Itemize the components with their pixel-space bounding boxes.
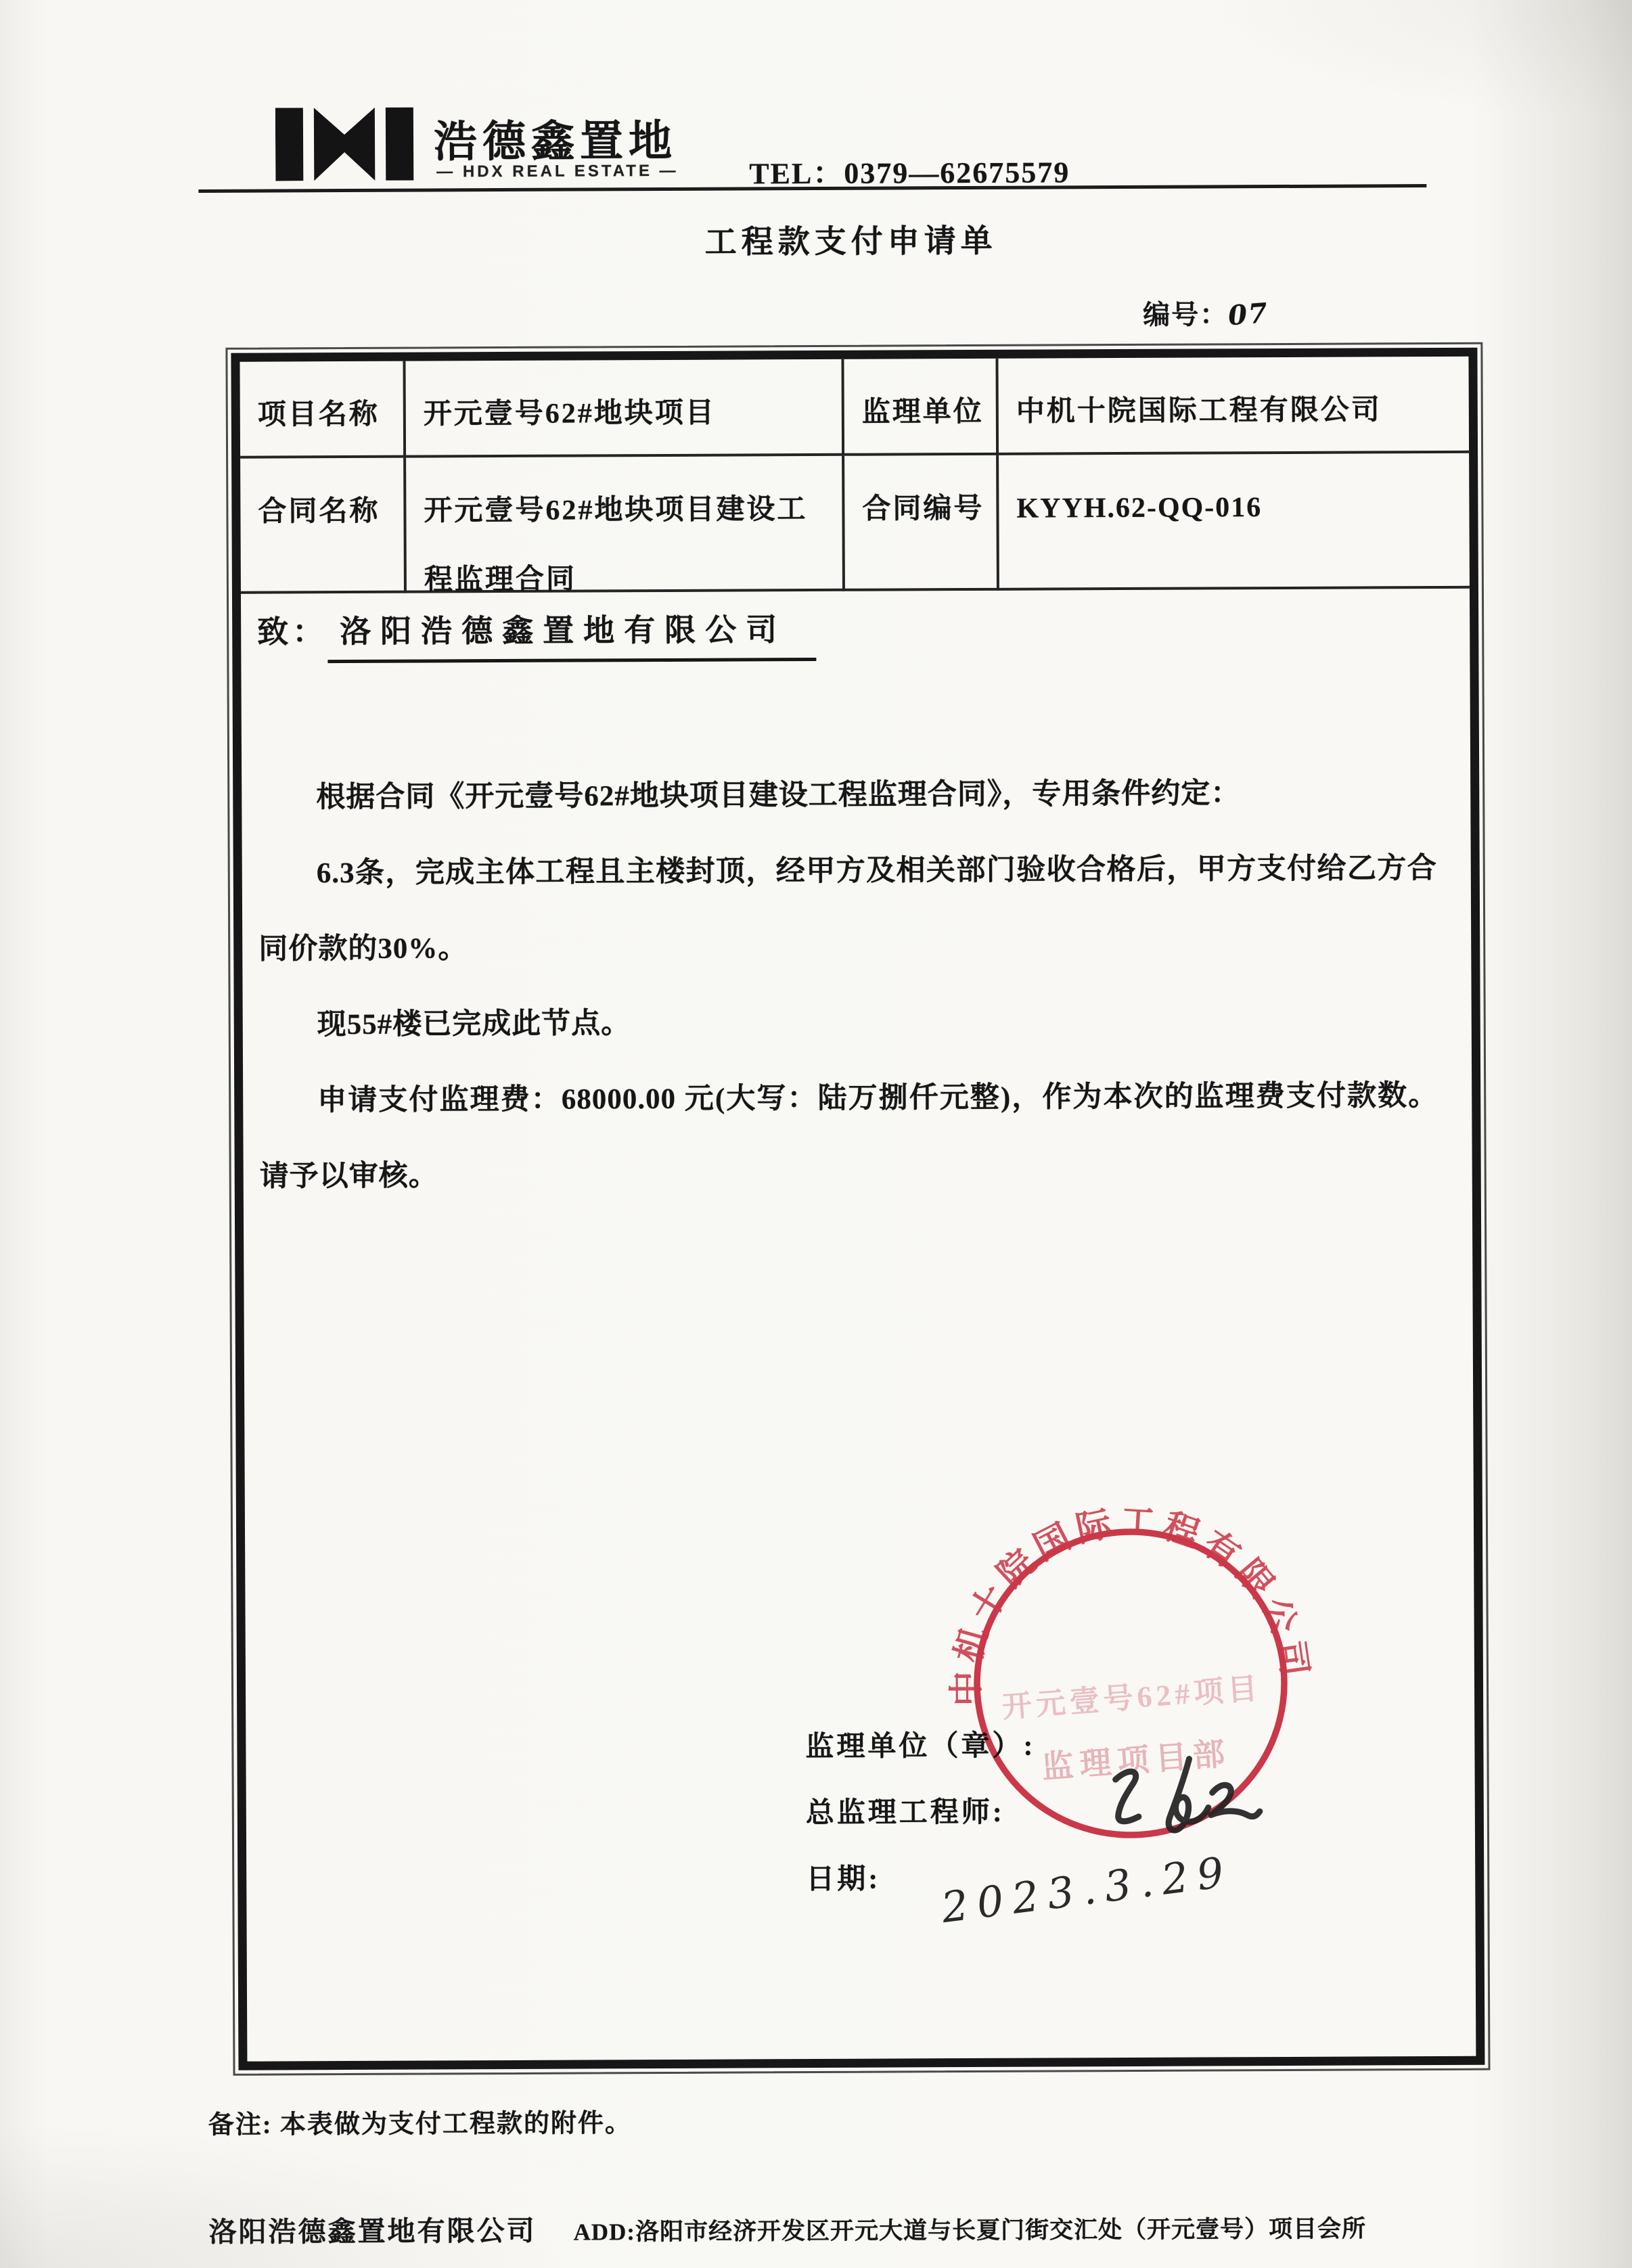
page-footer: 洛阳浩德鑫置地有限公司ADD:洛阳市经济开发区开元大道与长夏门街交汇处（开元壹号… [208, 2204, 1366, 2249]
footer-company: 洛阳浩德鑫置地有限公司 [208, 2215, 536, 2248]
brand-name: 浩德鑫置地 [434, 106, 677, 170]
doc-number-label: 编号： [1143, 299, 1228, 330]
letter-body: 根据合同《开元壹号62#地块项目建设工程监理合同》，专用条件约定： 6.3条，完… [258, 755, 1438, 1215]
addressee-label: 致： [257, 614, 327, 649]
paragraph-clause-6-3: 6.3条，完成主体工程且主楼封顶，经甲方及相关部门验收合格后，甲方支付给乙方合同… [258, 831, 1438, 988]
handwritten-date: 2023.3.29 [938, 1846, 1235, 1932]
addressee-company: 洛阳浩德鑫置地有限公司 [327, 605, 816, 663]
seal-inner-line1: 开元壹号62#项目 [1001, 1672, 1263, 1724]
scanned-payment-request-document: { "header": { "brand": "浩德鑫置地", "brand_s… [0, 0, 1632, 2268]
table-row2-value-contract-no: KYYH.62-QQ-016 [999, 453, 1470, 591]
table-row1-value-supervisor: 中机十院国际工程有限公司 [998, 357, 1469, 455]
company-seal-stamp: 中机十院国际工程有限公司 开元壹号62#项目 监理项目部 2023.3.29 [882, 1452, 1392, 1995]
paragraph-milestone-done: 现55#楼已完成此节点。 [259, 982, 1438, 1064]
page-title: 工程款支付申请单 [705, 216, 997, 263]
brand-subtitle: — HDX REAL ESTATE — [436, 162, 678, 182]
table-row2-value-contract: 开元壹号62#地块项目建设工程监理合同 [406, 456, 845, 593]
remark-note: 备注: 本表做为支付工程款的附件。 [208, 2102, 632, 2141]
hdx-logo-mark [275, 108, 414, 181]
table-row2-label-contract-no: 合同编号 [844, 455, 999, 591]
paragraph-contract-basis: 根据合同《开元壹号62#地块项目建设工程监理合同》，专用条件约定： [258, 755, 1436, 836]
footer-address: ADD:洛阳市经济开发区开元大道与长夏门街交汇处（开元壹号）项目会所 [573, 2215, 1366, 2245]
addressee-line: 致：洛阳浩德鑫置地有限公司 [257, 605, 816, 664]
table-row1-value-project: 开元壹号62#地块项目 [405, 359, 844, 458]
doc-number-value: 07 [1227, 297, 1270, 332]
table-row1-label-supervisor: 监理单位 [844, 359, 999, 456]
scanned-page: 浩德鑫置地 — HDX REAL ESTATE — TEL：0379—62675… [0, 0, 1632, 2268]
date-label: 日期: [806, 1857, 880, 1897]
info-table: 项目名称 开元壹号62#地块项目 监理单位 中机十院国际工程有限公司 合同名称 … [240, 357, 1469, 594]
table-row1-label-project: 项目名称 [240, 361, 406, 459]
doc-number: 编号：07 [1143, 293, 1269, 332]
table-row2-label-contract: 合同名称 [240, 458, 407, 594]
paragraph-payment-request: 申请支付监理费：68000.00 元(大写：陆万捌仟元整)，作为本次的监理费支付… [259, 1058, 1438, 1215]
